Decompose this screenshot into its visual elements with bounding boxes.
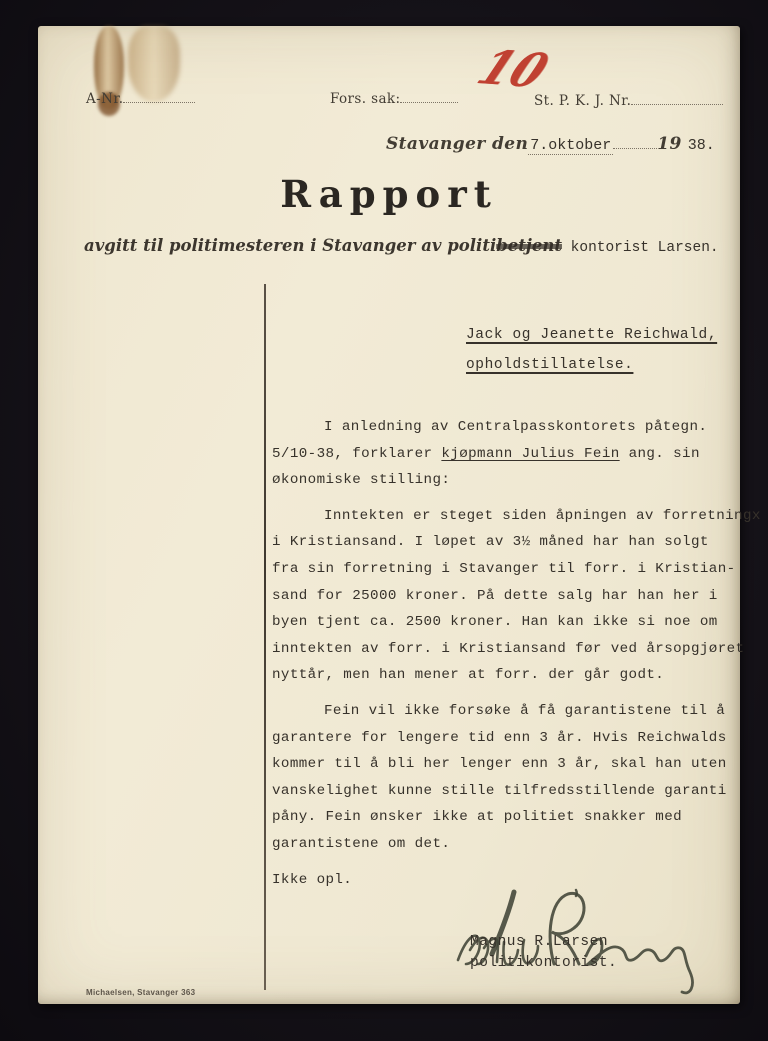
fors-sak-label: Fors. sak: [330, 91, 400, 107]
paragraph-1-underlined-name: kjøpmann Julius Fein [441, 446, 619, 462]
typed-year: 38. [688, 137, 715, 154]
a-nr-label: A-Nr. [86, 91, 123, 107]
report-body: I anledning av Centralpasskontorets påte… [272, 414, 761, 902]
subtitle-typed-correction: kontorist Larsen. [562, 240, 719, 256]
field-a-nr: A-Nr. [86, 90, 195, 107]
report-title: Rapport [38, 172, 740, 216]
field-fors-sak: Fors. sak: [330, 90, 458, 107]
paragraph-3: Fein vil ikke forsøke å få garantistene … [272, 698, 761, 858]
left-margin-rule [264, 284, 266, 990]
typed-signature-block: Magnus R.Larsen politikontorist. [470, 932, 617, 974]
stpkj-blank-line [631, 92, 723, 105]
report-subtitle: avgitt til politimesteren i Stavanger av… [84, 236, 698, 256]
handwritten-case-number: 10 [469, 40, 557, 98]
a-nr-blank-line [123, 90, 195, 103]
paragraph-2: Inntekten er steget siden åpningen av fo… [272, 503, 761, 689]
paragraph-1: I anledning av Centralpasskontorets påte… [272, 414, 761, 494]
printed-century: 19 [657, 134, 681, 154]
place-date-prefix: Stavanger den [386, 134, 528, 154]
field-stpkj: St. P. K. J. Nr. [534, 92, 723, 109]
subject-heading: Jack og Jeanette Reichwald, opholdstilla… [466, 320, 717, 380]
stpkj-label: St. P. K. J. Nr. [534, 93, 631, 109]
fors-sak-blank-line [400, 90, 458, 103]
subtitle-struck-word: betjent [496, 236, 562, 255]
printer-mark: Michaelsen, Stavanger 363 [86, 988, 195, 997]
place-date-line: Stavanger den 7.oktober 19 38. [386, 134, 715, 155]
scanned-document: A-Nr. Fors. sak: St. P. K. J. Nr. 10 Sta… [0, 0, 768, 1041]
typed-day-month: 7.oktober [528, 137, 613, 155]
subtitle-printed-text: avgitt til politimesteren i Stavanger av… [84, 236, 496, 255]
date-blank-line [613, 136, 657, 149]
paper-sheet: A-Nr. Fors. sak: St. P. K. J. Nr. 10 Sta… [38, 26, 740, 1004]
